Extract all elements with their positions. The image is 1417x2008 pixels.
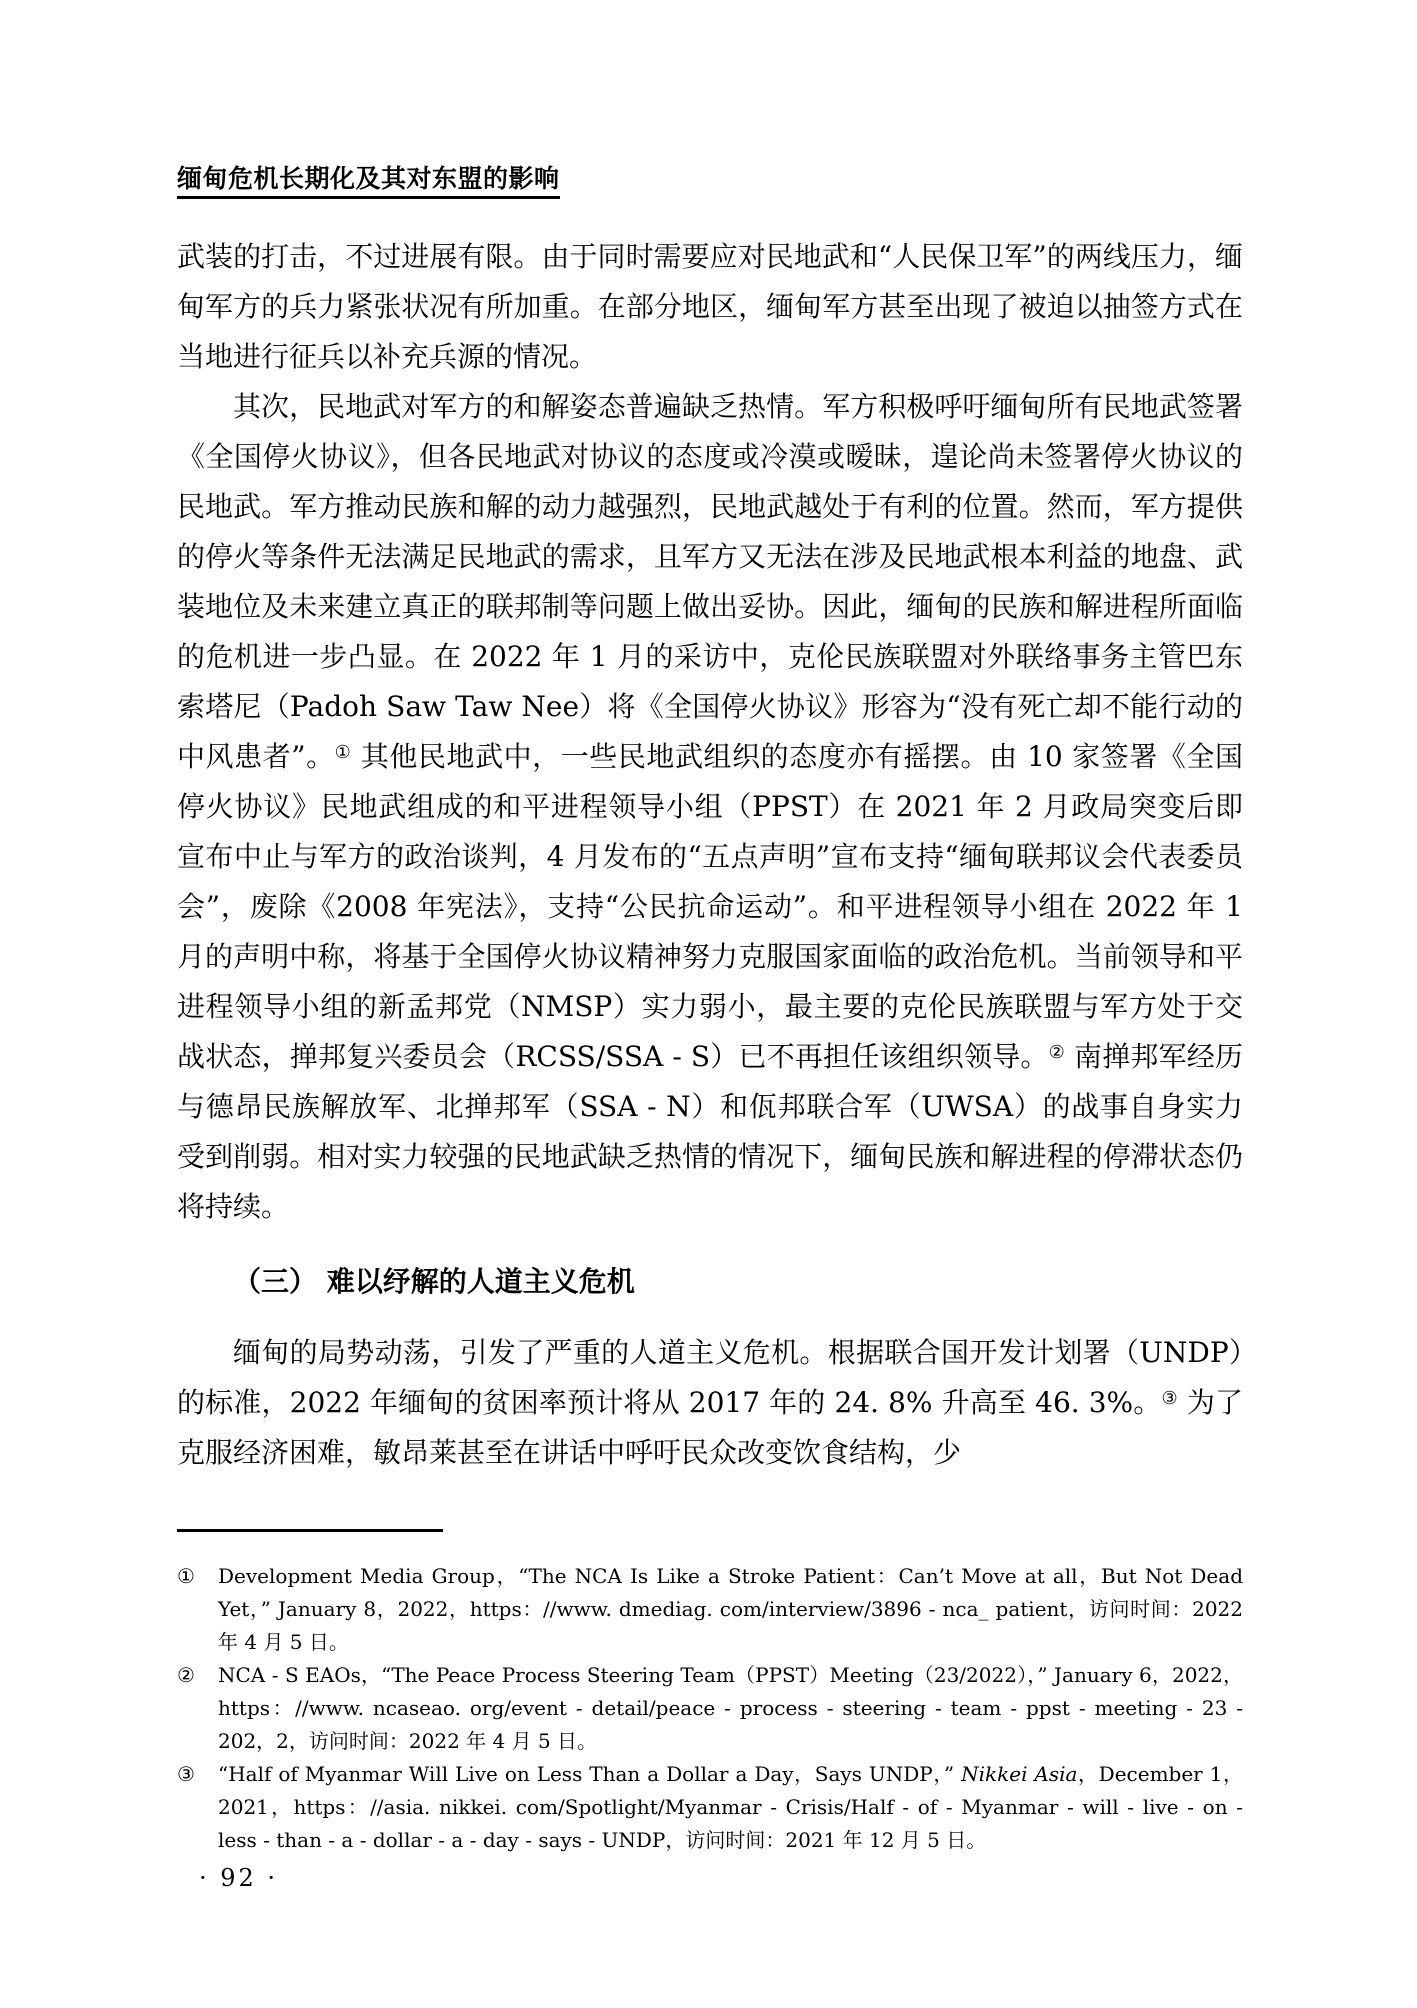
footnote-ref: ③ (1161, 1388, 1177, 1409)
text-run: Development Media Group，“The NCA Is Like… (218, 1564, 1243, 1654)
document-page: 缅甸危机长期化及其对东盟的影响 武装的打击，不过进展有限。由于同时需要应对民地武… (0, 0, 1417, 2008)
footnote-ref: ② (1049, 1042, 1065, 1063)
paragraph: 缅甸的局势动荡，引发了严重的人道主义危机。根据联合国开发计划署（UNDP）的标准… (177, 1328, 1243, 1478)
text-run: 其次，民地武对军方的和解姿态普遍缺乏热情。军方积极呼吁缅甸所有民地武签署《全国停… (177, 390, 1243, 773)
italic-run: Nikkei Asia (961, 1762, 1077, 1786)
footnote: ③“Half of Myanmar Will Live on Less Than… (177, 1758, 1243, 1857)
footnote-text: Development Media Group，“The NCA Is Like… (218, 1560, 1243, 1659)
footnote-ref: ① (335, 742, 352, 763)
footnote: ①Development Media Group，“The NCA Is Lik… (177, 1560, 1243, 1659)
text-run: 武装的打击，不过进展有限。由于同时需要应对民地武和“人民保卫军”的两线压力，缅甸… (177, 240, 1243, 373)
paragraph-group-after-heading: 缅甸的局势动荡，引发了严重的人道主义危机。根据联合国开发计划署（UNDP）的标准… (177, 1328, 1243, 1478)
footnote-text: NCA - S EAOs，“The Peace Process Steering… (218, 1659, 1243, 1758)
paragraph: 武装的打击，不过进展有限。由于同时需要应对民地武和“人民保卫军”的两线压力，缅甸… (177, 232, 1243, 382)
footnote-marker: ③ (177, 1758, 218, 1791)
footnote-marker: ② (177, 1659, 218, 1692)
body-text: 武装的打击，不过进展有限。由于同时需要应对民地武和“人民保卫军”的两线压力，缅甸… (177, 232, 1243, 1478)
paragraph: 其次，民地武对军方的和解姿态普遍缺乏热情。军方积极呼吁缅甸所有民地武签署《全国停… (177, 382, 1243, 1232)
text-run: 缅甸的局势动荡，引发了严重的人道主义危机。根据联合国开发计划署（UNDP）的标准… (177, 1336, 1243, 1419)
text-run: 其他民地武中，一些民地武组织的态度亦有摇摆。由 10 家签署《全国停火协议》民地… (177, 740, 1243, 1073)
footnote-separator (177, 1529, 443, 1532)
footnote: ②NCA - S EAOs，“The Peace Process Steerin… (177, 1659, 1243, 1758)
text-run: NCA - S EAOs，“The Peace Process Steering… (218, 1663, 1243, 1753)
text-run: “Half of Myanmar Will Live on Less Than … (218, 1762, 961, 1786)
section-heading: （三） 难以纾解的人道主义危机 (177, 1259, 1243, 1305)
footnote-text: “Half of Myanmar Will Live on Less Than … (218, 1758, 1243, 1857)
paragraph-group-main: 武装的打击，不过进展有限。由于同时需要应对民地武和“人民保卫军”的两线压力，缅甸… (177, 232, 1243, 1232)
running-title: 缅甸危机长期化及其对东盟的影响 (177, 165, 560, 199)
footnote-list: ①Development Media Group，“The NCA Is Lik… (177, 1560, 1243, 1857)
page-number: · 92 · (199, 1864, 278, 1892)
footnotes-section: ①Development Media Group，“The NCA Is Lik… (177, 1560, 1243, 1857)
footnote-marker: ① (177, 1560, 218, 1593)
